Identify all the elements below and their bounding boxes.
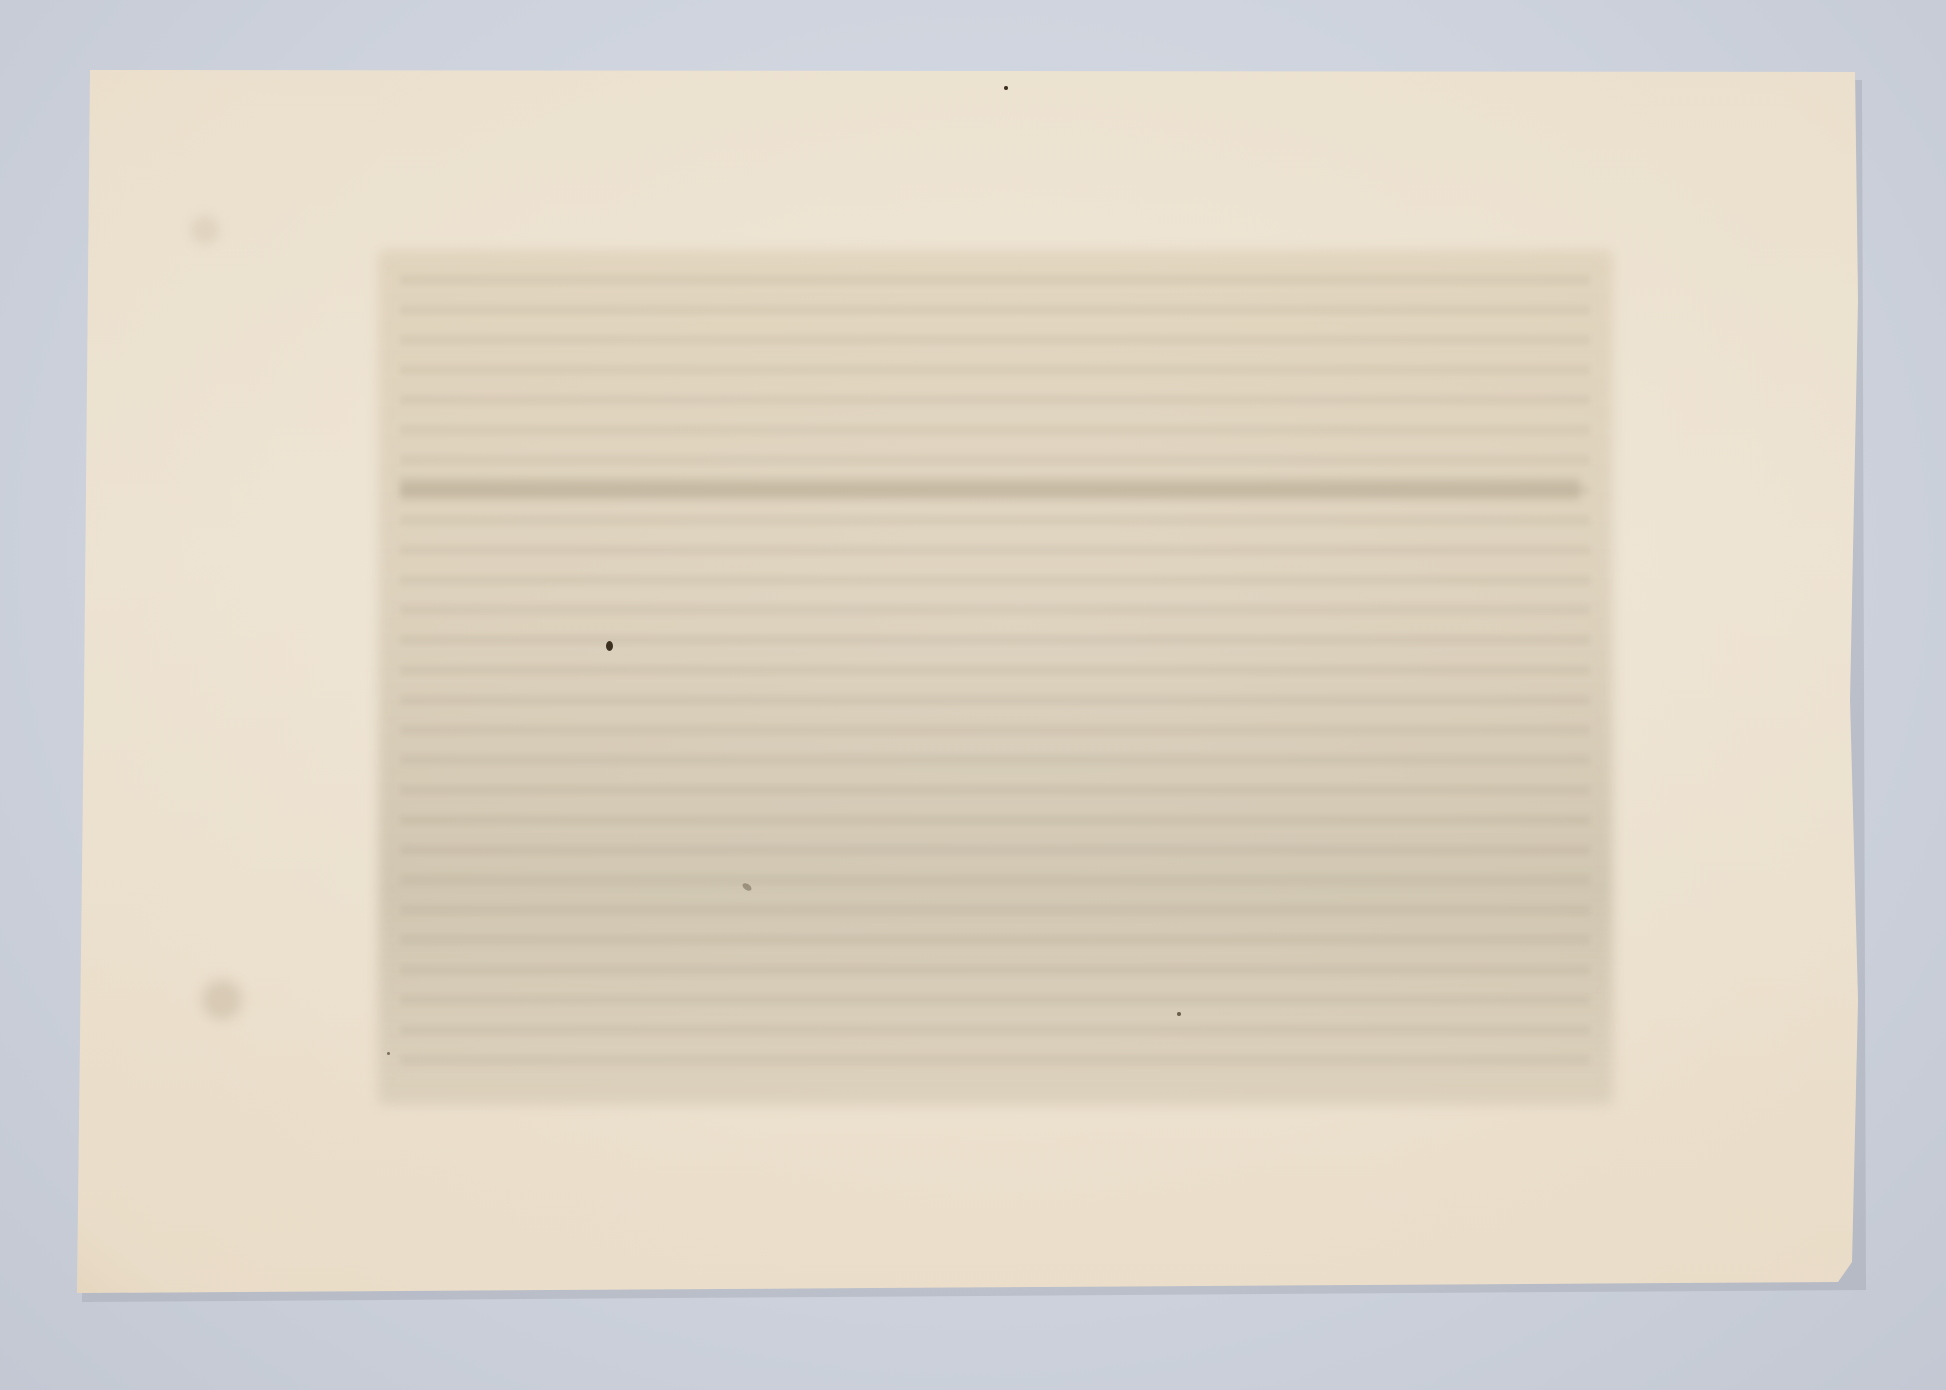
ink-speck — [387, 1052, 390, 1055]
ink-speck — [606, 641, 613, 651]
ink-speck — [1004, 86, 1008, 90]
print-heading-line — [400, 478, 1580, 500]
photo-scene — [0, 0, 1946, 1390]
ink-speck — [1177, 1012, 1181, 1016]
foxing-stain — [202, 980, 242, 1020]
print-show-through-lines — [400, 275, 1590, 1085]
foxing-stain — [190, 215, 220, 245]
